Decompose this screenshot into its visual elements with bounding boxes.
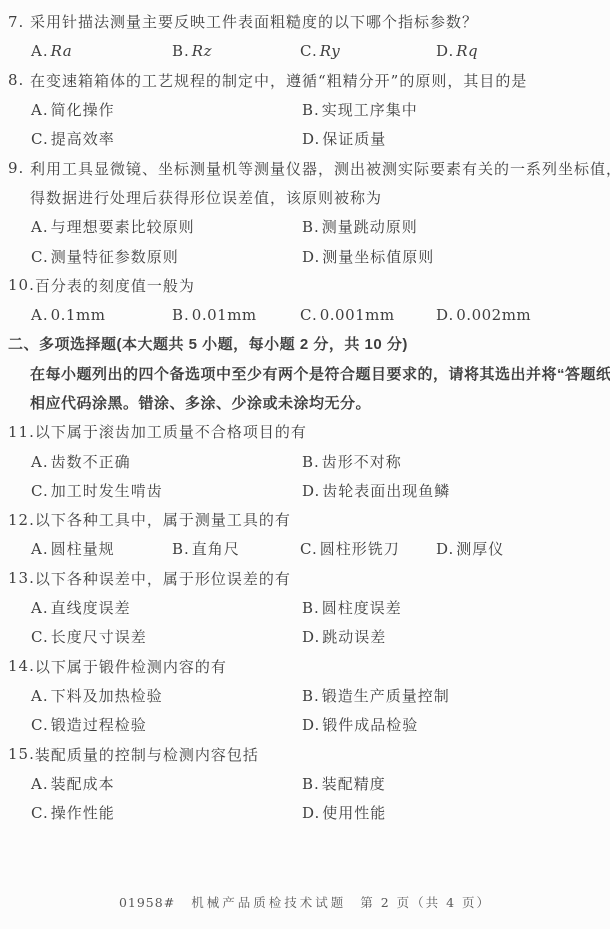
question-15-option-c: C.操作性能 (31, 802, 302, 823)
question-15-options-row2: C.操作性能 D.使用性能 (0, 798, 610, 827)
question-15-option-d: D.使用性能 (302, 802, 610, 823)
question-10-stem: 10.百分表的刻度值一般为 (0, 271, 610, 300)
question-10-option-d: D.0.002mm (436, 306, 610, 324)
question-12-number: 12. (8, 511, 35, 529)
question-9-stem: 9.利用工具显微镜、坐标测量机等测量仪器，测出被测实际要素有关的一系列坐标值，经… (0, 153, 610, 182)
question-11-option-b: B.齿形不对称 (302, 451, 610, 472)
question-7-option-b: B.Rz (172, 42, 300, 60)
question-12-option-c: C.圆柱形铣刀 (300, 538, 436, 559)
question-11-option-d: D.齿轮表面出现鱼鳞 (302, 480, 610, 501)
question-10-option-c: C.0.001mm (300, 306, 436, 324)
question-11-stem: 11.以下属于滚齿加工质量不合格项目的有 (0, 417, 610, 446)
question-10-options: A.0.1mm B.0.01mm C.0.001mm D.0.002mm (0, 300, 610, 329)
question-12-option-b: B.直角尺 (172, 538, 300, 559)
page-number: 第 2 页（共 4 页） (360, 895, 491, 910)
question-14-option-c: C.锻造过程检验 (31, 714, 302, 735)
question-14-options-row2: C.锻造过程检验 D.锻件成品检验 (0, 710, 610, 739)
question-9-stem-line2: 得数据进行处理后获得形位误差值，该原则被称为 (0, 183, 610, 212)
page-footer: 01958#机械产品质检技术试题第 2 页（共 4 页） (0, 893, 610, 911)
question-11-number: 11. (8, 423, 35, 441)
question-13-stem: 13.以下各种误差中，属于形位误差的有 (0, 564, 610, 593)
exam-title: 机械产品质检技术试题 (191, 895, 346, 910)
question-13-options-row2: C.长度尺寸误差 D.跳动误差 (0, 622, 610, 651)
question-12-stem: 12.以下各种工具中，属于测量工具的有 (0, 505, 610, 534)
question-12-option-a: A.圆柱量规 (31, 538, 172, 559)
question-13-number: 13. (8, 569, 35, 587)
question-10-text: 百分表的刻度值一般为 (35, 275, 195, 296)
question-9-option-a: A.与理想要素比较原则 (31, 216, 302, 237)
question-7-option-d: D.Rq (436, 42, 610, 60)
question-9-option-c: C.测量特征参数原则 (31, 246, 302, 267)
question-12-options: A.圆柱量规 B.直角尺 C.圆柱形铣刀 D.测厚仪 (0, 534, 610, 563)
question-7-options: A.Ra B.Rz C.Ry D.Rq (0, 36, 610, 65)
question-13-text: 以下各种误差中，属于形位误差的有 (35, 568, 291, 589)
question-12-text: 以下各种工具中，属于测量工具的有 (35, 509, 291, 530)
exam-page: 7.采用针描法测量主要反映工件表面粗糙度的以下哪个指标参数？ A.Ra B.Rz… (0, 0, 610, 929)
question-7-text: 采用针描法测量主要反映工件表面粗糙度的以下哪个指标参数？ (30, 11, 478, 32)
question-13-option-c: C.长度尺寸误差 (31, 626, 302, 647)
question-7-option-a: A.Ra (31, 42, 172, 60)
section-2-instruction-line1: 在每小题列出的四个备选项中至少有两个是符合题目要求的，请将其选出并将“答题纸”的 (0, 359, 610, 388)
question-15-option-b: B.装配精度 (302, 773, 610, 794)
question-14-number: 14. (8, 657, 35, 675)
question-14-options-row1: A.下料及加热检验 B.锻造生产质量控制 (0, 681, 610, 710)
question-8-stem: 8.在变速箱箱体的工艺规程的制定中，遵循“粗精分开”的原则，其目的是 (0, 66, 610, 95)
exam-code: 01958# (119, 895, 175, 910)
question-9-text-line1: 利用工具显微镜、坐标测量机等测量仪器，测出被测实际要素有关的一系列坐标值，经对测 (30, 158, 610, 179)
question-8-option-a: A.简化操作 (31, 99, 302, 120)
question-8-option-c: C.提高效率 (31, 128, 302, 149)
question-13-option-a: A.直线度误差 (31, 597, 302, 618)
question-8-option-d: D.保证质量 (302, 128, 610, 149)
question-8-option-b: B.实现工序集中 (302, 99, 610, 120)
question-7-stem: 7.采用针描法测量主要反映工件表面粗糙度的以下哪个指标参数？ (0, 7, 610, 36)
question-8-options-row1: A.简化操作 B.实现工序集中 (0, 95, 610, 124)
question-11-options-row2: C.加工时发生啃齿 D.齿轮表面出现鱼鳞 (0, 476, 610, 505)
question-10-option-b: B.0.01mm (172, 306, 300, 324)
question-9-option-b: B.测量跳动原则 (302, 216, 610, 237)
question-10-number: 10. (8, 276, 35, 294)
question-15-text: 装配质量的控制与检测内容包括 (35, 744, 259, 765)
question-14-option-b: B.锻造生产质量控制 (302, 685, 610, 706)
question-11-option-a: A.齿数不正确 (31, 451, 302, 472)
question-12-option-d: D.测厚仪 (436, 538, 610, 559)
section-2-instruction-line2: 相应代码涂黑。错涂、多涂、少涂或未涂均无分。 (0, 388, 610, 417)
question-8-options-row2: C.提高效率 D.保证质量 (0, 124, 610, 153)
section-2-heading: 二、多项选择题(本大题共 5 小题，每小题 2 分，共 10 分) (0, 329, 610, 358)
question-11-option-c: C.加工时发生啃齿 (31, 480, 302, 501)
question-15-number: 15. (8, 745, 35, 763)
question-9-number: 9. (8, 159, 30, 177)
question-13-option-b: B.圆柱度误差 (302, 597, 610, 618)
question-11-text: 以下属于滚齿加工质量不合格项目的有 (35, 421, 307, 442)
question-7-number: 7. (8, 13, 30, 31)
question-13-options-row1: A.直线度误差 B.圆柱度误差 (0, 593, 610, 622)
question-15-option-a: A.装配成本 (31, 773, 302, 794)
question-14-option-a: A.下料及加热检验 (31, 685, 302, 706)
question-8-text: 在变速箱箱体的工艺规程的制定中，遵循“粗精分开”的原则，其目的是 (30, 70, 527, 91)
question-9-option-d: D.测量坐标值原则 (302, 246, 610, 267)
exam-document: 7.采用针描法测量主要反映工件表面粗糙度的以下哪个指标参数？ A.Ra B.Rz… (0, 0, 610, 827)
question-8-number: 8. (8, 71, 30, 89)
question-14-option-d: D.锻件成品检验 (302, 714, 610, 735)
question-13-option-d: D.跳动误差 (302, 626, 610, 647)
question-11-options-row1: A.齿数不正确 B.齿形不对称 (0, 446, 610, 475)
question-14-stem: 14.以下属于锻件检测内容的有 (0, 652, 610, 681)
question-9-options-row2: C.测量特征参数原则 D.测量坐标值原则 (0, 241, 610, 270)
question-15-stem: 15.装配质量的控制与检测内容包括 (0, 739, 610, 768)
question-15-options-row1: A.装配成本 B.装配精度 (0, 769, 610, 798)
question-14-text: 以下属于锻件检测内容的有 (35, 656, 227, 677)
question-7-option-c: C.Ry (300, 42, 436, 60)
question-9-text-line2: 得数据进行处理后获得形位误差值，该原则被称为 (30, 187, 382, 208)
question-9-options-row1: A.与理想要素比较原则 B.测量跳动原则 (0, 212, 610, 241)
question-10-option-a: A.0.1mm (31, 306, 172, 324)
